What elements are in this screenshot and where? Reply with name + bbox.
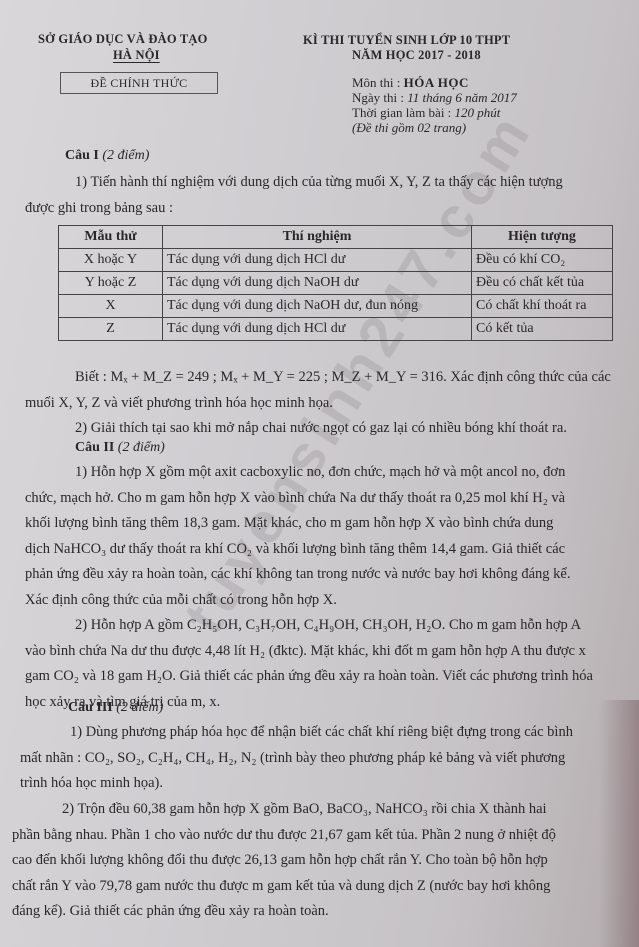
sample-cell: X hoặc Y (59, 249, 163, 272)
question-3-part-2: 2) Trộn đều 60,38 gam hỗn hợp X gồm BaO,… (12, 797, 622, 925)
phenomenon-cell: Có kết tủa (472, 318, 613, 341)
question-1-part-1: 1) Tiến hành thí nghiệm với dung dịch củ… (25, 170, 620, 221)
phenomenon-cell: Đều có chất kết tủa (472, 272, 613, 295)
sample-cell: Z (59, 318, 163, 341)
question-3-title: Câu III (2 điểm) (68, 700, 163, 716)
question-1-part-2: 2) Giải thích tại sao khi mở nắp chai nư… (25, 416, 620, 442)
department-name: SỞ GIÁO DỤC VÀ ĐÀO TẠO (38, 32, 208, 47)
official-exam-badge: ĐỀ CHÍNH THỨC (60, 72, 218, 94)
school-year: NĂM HỌC 2017 - 2018 (352, 48, 481, 63)
column-header: Mẫu thử (59, 226, 163, 249)
sample-cell: Y hoặc Z (59, 272, 163, 295)
phenomenon-cell: Đều có khí CO₂ (472, 249, 613, 272)
experiment-cell: Tác dụng với dung dịch NaOH dư, đun nóng (163, 295, 472, 318)
exam-page: tuyensinh247.com SỞ GIÁO DỤC VÀ ĐÀO TẠO … (0, 0, 639, 947)
table-row: Z Tác dụng với dung dịch HCl dư Có kết t… (59, 318, 613, 341)
city-name: HÀ NỘI (113, 48, 160, 63)
table-row: Y hoặc Z Tác dụng với dung dịch NaOH dư … (59, 272, 613, 295)
question-3-part-1: 1) Dùng phương pháp hóa học để nhận biết… (20, 720, 620, 797)
table-row: X hoặc Y Tác dụng với dung dịch HCl dư Đ… (59, 249, 613, 272)
date-value: 11 tháng 6 năm 2017 (407, 90, 517, 105)
page-count-note: (Đề thi gồm 02 trang) (352, 121, 466, 136)
date-line: Ngày thi : 11 tháng 6 năm 2017 (352, 91, 517, 106)
subject-line: Môn thi : HÓA HỌC (352, 76, 469, 91)
duration-line: Thời gian làm bài : 120 phút (352, 106, 500, 121)
column-header: Thí nghiệm (163, 226, 472, 249)
question-1-title: Câu I (2 điểm) (65, 148, 149, 164)
phenomenon-cell: Có chất khí thoát ra (472, 295, 613, 318)
subject-value: HÓA HỌC (404, 75, 469, 90)
duration-value: 120 phút (455, 105, 501, 120)
experiment-cell: Tác dụng với dung dịch HCl dư (163, 318, 472, 341)
table-row: X Tác dụng với dung dịch NaOH dư, đun nó… (59, 295, 613, 318)
sample-cell: X (59, 295, 163, 318)
experiment-cell: Tác dụng với dung dịch HCl dư (163, 249, 472, 272)
question-2-part-1: 1) Hỗn hợp X gồm một axit cacboxylic no,… (25, 460, 620, 613)
question-1-given: Biết : Mₓ + M_Z = 249 ; Mₓ + M_Y = 225 ;… (25, 365, 620, 442)
question-2-title: Câu II (2 điểm) (75, 440, 165, 456)
exam-title: KÌ THI TUYỂN SINH LỚP 10 THPT (303, 33, 510, 48)
experiment-cell: Tác dụng với dung dịch NaOH dư (163, 272, 472, 295)
column-header: Hiện tượng (472, 226, 613, 249)
table-header-row: Mẫu thử Thí nghiệm Hiện tượng (59, 226, 613, 249)
experiment-table: Mẫu thử Thí nghiệm Hiện tượng X hoặc Y T… (58, 225, 613, 341)
